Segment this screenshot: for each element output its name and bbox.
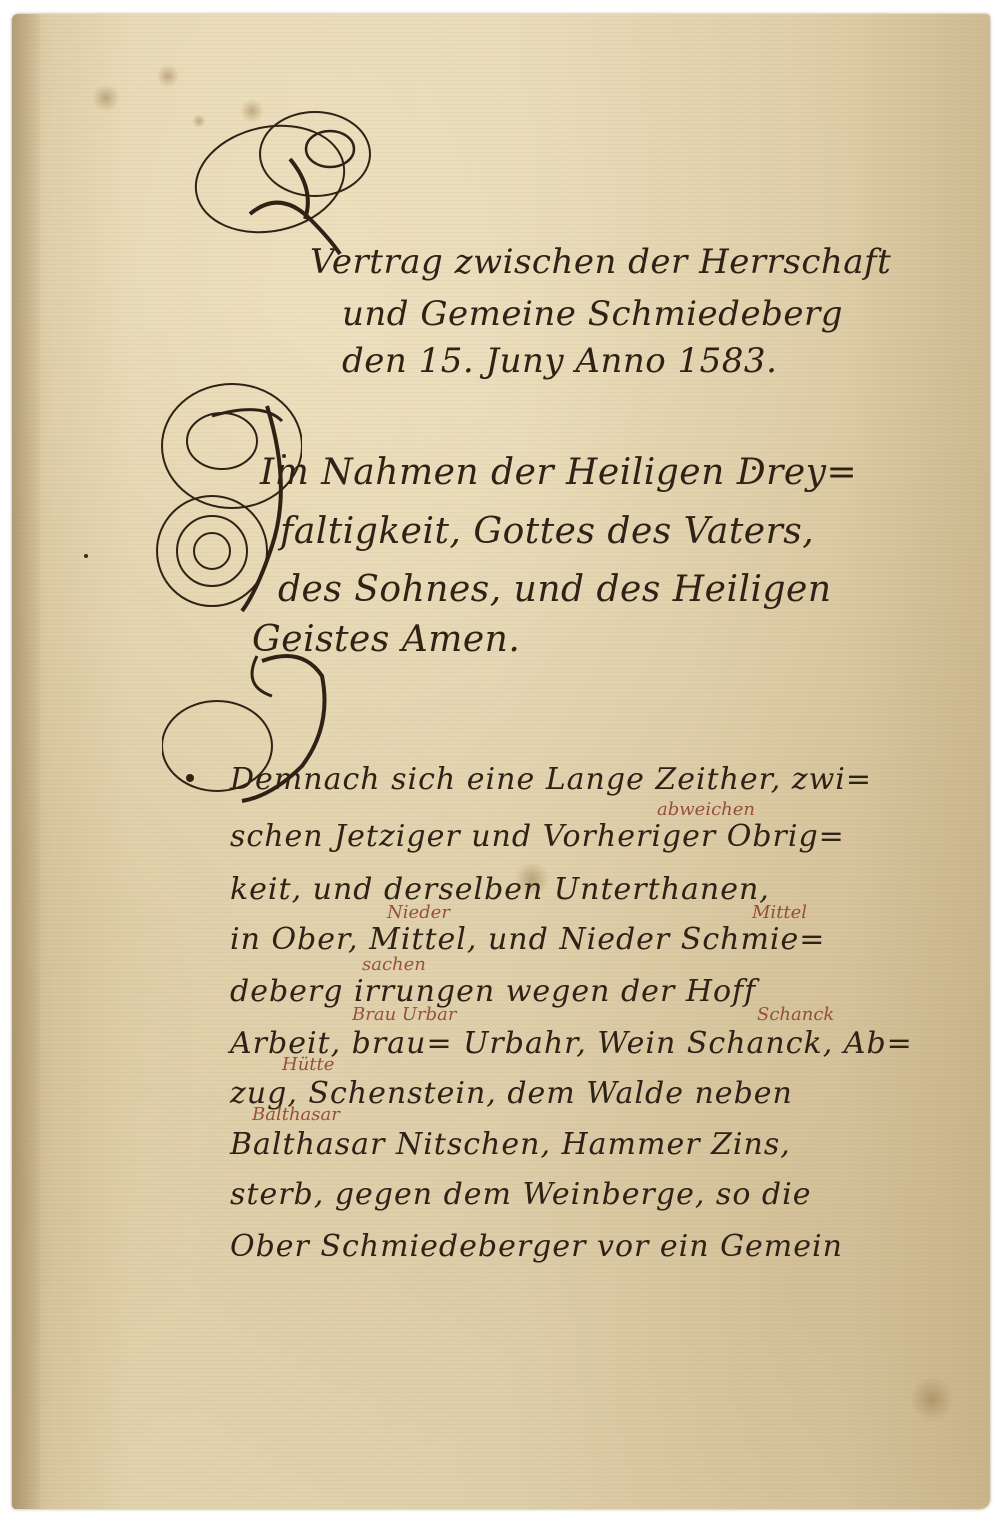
- ink-spot: [84, 554, 88, 558]
- invocation-line-1: Im Nahmen der Heiligen Drey=: [260, 452, 857, 493]
- invocation-line-3: des Sohnes, und des Heiligen: [278, 569, 832, 610]
- body-line-1: Demnach sich eine Lange Zeither, zwi=: [230, 762, 872, 797]
- correction-note: Mittel: [752, 902, 807, 923]
- ink-spot: [282, 454, 286, 458]
- correction-note: Balthasar: [252, 1104, 340, 1125]
- decorative-initial-v: [190, 99, 380, 259]
- correction-note: Hütte: [282, 1054, 334, 1075]
- body-line-10: Ober Schmiedeberger vor ein Gemein: [230, 1229, 843, 1264]
- manuscript-page: Vertrag zwischen der Herrschaft und Geme…: [12, 14, 990, 1509]
- correction-note: Nieder: [387, 902, 450, 923]
- heading-line-1: Vertrag zwischen der Herrschaft: [310, 242, 891, 282]
- correction-note: abweichen: [657, 799, 755, 820]
- stain: [92, 84, 120, 112]
- correction-note: Brau Urbar: [352, 1004, 457, 1025]
- invocation-line-2: faltigkeit, Gottes des Vaters,: [280, 511, 814, 552]
- body-line-4: in Ober, Mittel, und Nieder Schmie=: [230, 922, 825, 957]
- stain: [912, 1374, 952, 1424]
- correction-note: Schanck: [757, 1004, 834, 1025]
- body-line-3: keit, und derselben Unterthanen,: [230, 872, 770, 907]
- body-line-5: deberg irrungen wegen der Hoff: [230, 974, 756, 1009]
- body-line-8: Balthasar Nitschen, Hammer Zins,: [230, 1127, 791, 1162]
- body-line-9: sterb, gegen dem Weinberge, so die: [230, 1177, 811, 1212]
- body-line-2: schen Jetziger und Vorheriger Obrig=: [230, 819, 845, 854]
- correction-note: sachen: [362, 954, 426, 975]
- heading-line-3: den 15. Juny Anno 1583.: [342, 341, 777, 381]
- stain: [157, 64, 179, 88]
- heading-line-2: und Gemeine Schmiedeberg: [342, 294, 843, 334]
- ink-spot: [752, 466, 756, 470]
- binding-edge: [12, 14, 40, 1509]
